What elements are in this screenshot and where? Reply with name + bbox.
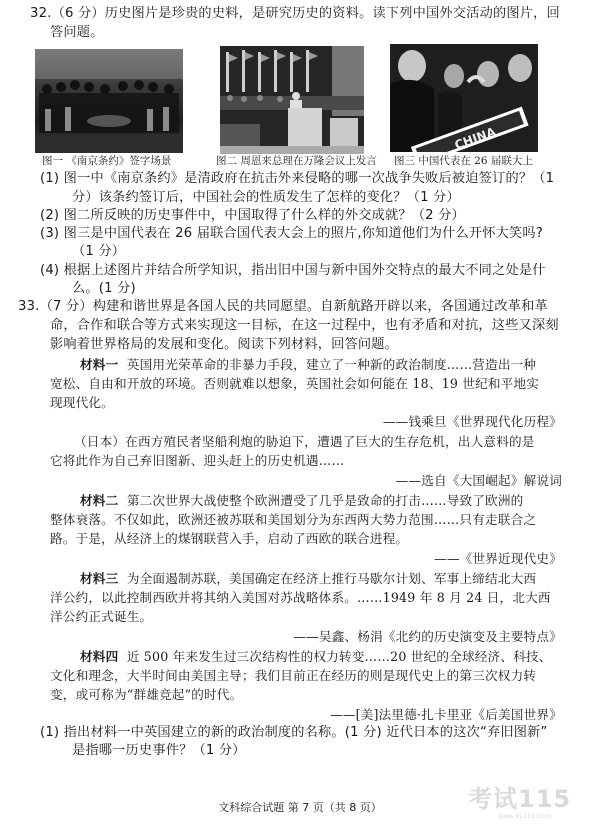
- material-4-label: 材料四: [80, 649, 118, 664]
- material-1-line1: 材料一 英国用光荣革命的非暴力手段，建立了一种新的政治制度……营造出一种: [80, 356, 536, 374]
- material-1-line3: 现现代化。: [50, 394, 114, 412]
- material-2-source: ——《世界近现代史》: [0, 550, 562, 568]
- material-2-label: 材料二: [80, 493, 118, 508]
- q32-sub2-line1: (2) 图二所反映的历史事件中，中国取得了什么样的外交成就？（2 分）: [40, 207, 465, 225]
- figure-1-nanjing-treaty-photo: [35, 49, 183, 153]
- material-4-line1: 材料四 近 500 年来发生过三次结构性的权力转变……20 世纪的全球经济、科技…: [80, 648, 552, 666]
- q33-stem-line1: 33.（7 分）构建和谐世界是各国人民的共同愿望。自新航路开辟以来，各国通过改革…: [18, 298, 548, 316]
- material-2-line1: 材料二 第二次世界大战使整个欧洲遭受了几乎是致命的打击……导致了欧洲的: [80, 492, 523, 510]
- material-3-label: 材料三: [80, 571, 118, 586]
- material-1-extra-line1: （日本）在西方殖民者坚船利炮的胁迫下，遭遇了巨大的生存危机，出人意料的是: [74, 433, 535, 451]
- material-1-line2: 宽松、自由和开放的环境。否则就难以想象，英国社会如何能在 18、19 世纪和平地…: [50, 375, 539, 393]
- bandung-speech-illustration: [220, 46, 364, 154]
- watermark-logo: 考试115: [468, 786, 596, 812]
- q32-sub3-line2: （1 分）: [72, 243, 125, 261]
- material-3-line2: 洋公约，以此控制西欧并将其纳入美国对苏战略体系。……1949 年 8 月 24 …: [50, 589, 551, 607]
- q32-stem-line1: 32.（6 分）历史图片是珍贵的史料，是研究历史的资料。读下列中国外交活动的图片…: [30, 5, 560, 23]
- figure-2-caption: 图二 周恩来总理在万隆会议上发言: [216, 154, 377, 168]
- material-2-line3: 路。于是，从经济上的煤钢联营入手，启动了西欧的联合进程。: [50, 530, 408, 548]
- q33-stem-line3: 影响着世界格局的发展和变化。阅读下列材料，回答问题。: [50, 336, 398, 354]
- material-3-source: ——吴鑫、杨涓《北约的历史演变及主要特点》: [0, 628, 562, 646]
- q32-sub4-line2: 么。(1 分): [72, 280, 136, 298]
- material-3-line3: 洋公约正式诞生。: [50, 608, 152, 626]
- q32-sub1-line2: 分）该条约签订后，中国社会的性质发生了怎样的变化？（1 分）: [72, 189, 460, 207]
- figure-1-caption: 图一 《南京条约》签字场景: [42, 154, 171, 168]
- material-1-source: ——钱乘旦《世界现代化历程》: [0, 413, 562, 431]
- q32-sub1-line1: (1) 图一中《南京条约》是清政府在抗击外来侵略的哪一次战争失败后被迫签订的？（…: [40, 170, 554, 188]
- figure-3-caption: 图三 中国代表在 26 届联大上: [394, 154, 533, 168]
- q32-sub4-line1: (4) 根据上述图片并结合所学知识，指出旧中国与新中国外交特点的最大不同之处是什: [40, 262, 546, 280]
- q33-stem-line2: 命，合作和联合等方式来实现这一目标，在这一过程中，也有矛盾和对抗，这些又深刻: [50, 317, 559, 335]
- material-3-line1: 材料三 为全面遏制苏联，美国确定在经济上推行马歇尔计划、军事上缔结北大西: [80, 570, 536, 588]
- material-4-line2: 文化和理念，大半时间由美国主导；我们目前正在经历的则是现代史上的第三次权力转: [50, 667, 536, 685]
- material-2-line2: 整体衰落。不仅如此，欧洲还被苏联和美国划分为东西两大势力范围……只有走联合之: [50, 511, 536, 529]
- material-1-extra-line2: 它将此作为自己弃旧图新、迎头赶上的历史机遇……: [50, 452, 344, 470]
- watermark: 考试115 www.ks115.com: [468, 786, 596, 822]
- q32-sub3-line1: (3) 图三是中国代表在 26 届联合国代表大会上的照片,你知道他们为什么开怀大…: [40, 225, 543, 243]
- material-4-line3: 变，或可称为“群雄竞起”的时代。: [50, 686, 242, 704]
- un-delegation-illustration: CHINA: [390, 44, 538, 152]
- figure-3-un-assembly-photo: CHINA: [390, 44, 538, 152]
- watermark-url: www.ks115.com: [468, 812, 596, 820]
- q32-stem-line2: 答问题。: [50, 24, 104, 42]
- exam-page: 32.（6 分）历史图片是珍贵的史料，是研究历史的资料。读下列中国外交活动的图片…: [0, 0, 600, 826]
- material-1-label: 材料一: [80, 357, 118, 372]
- figure-2-bandung-photo: [220, 46, 364, 154]
- material-1-extra-source: ——选自《大国崛起》解说词: [0, 472, 562, 490]
- material-4-source: ——[美]法里德·扎卡里亚《后美国世界》: [0, 706, 562, 724]
- signing-scene-illustration: [35, 49, 183, 153]
